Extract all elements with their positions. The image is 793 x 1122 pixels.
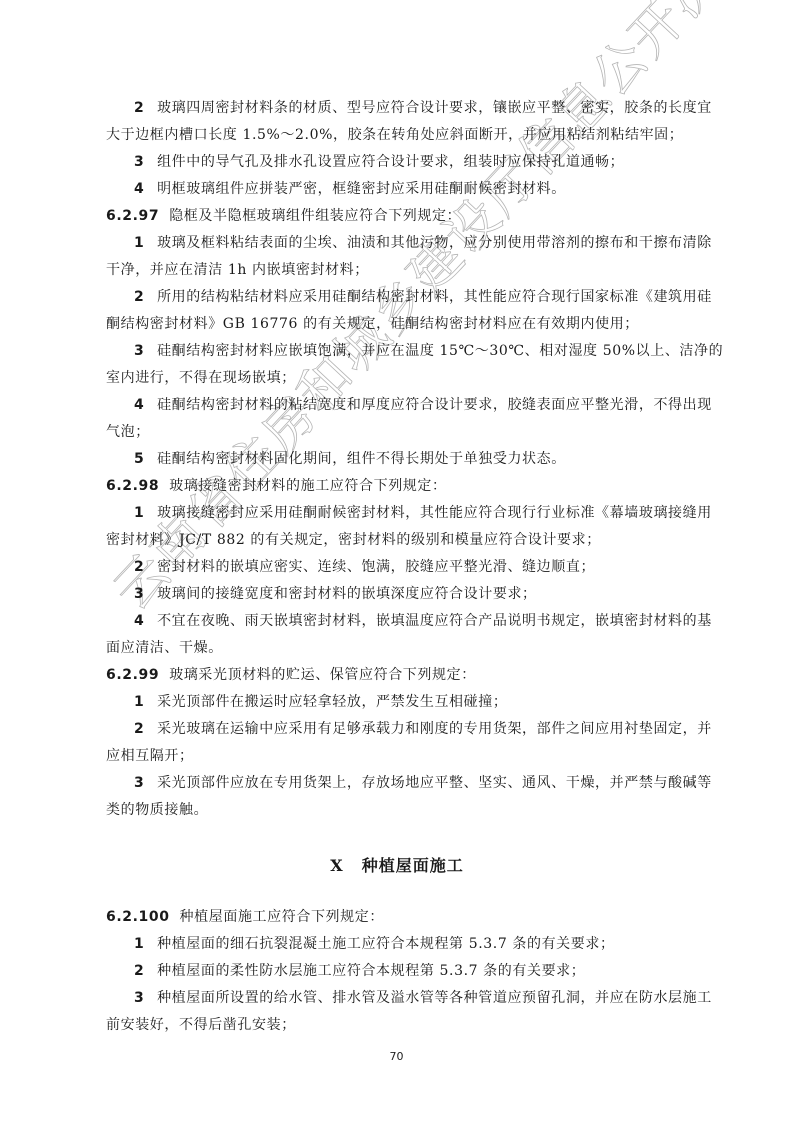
list-item: 2 所用的结构粘结材料应采用硅酮结构密封材料，其性能应符合现行国家标准《建筑用硅 <box>106 284 688 311</box>
clause-number: 6.2.98 <box>106 478 159 494</box>
list-item: 1 采光顶部件在搬运时应轻拿轻放，严禁发生互相碰撞； <box>106 689 688 716</box>
item-text: 所用的结构粘结材料应采用硅酮结构密封材料，其性能应符合现行国家标准《建筑用硅 <box>157 289 712 305</box>
clause-heading: 6.2.98玻璃接缝密封材料的施工应符合下列规定： <box>106 473 688 500</box>
list-item: 2 密封材料的嵌填应密实、连续、饱满，胶缝应平整光滑、缝边顺直； <box>106 554 688 581</box>
item-text: 玻璃四周密封材料条的材质、型号应符合设计要求，镶嵌应平整、密实，胶条的长度宜 <box>157 100 712 116</box>
clause-text: 玻璃采光顶材料的贮运、保管应符合下列规定： <box>169 667 476 683</box>
item-number: 4 <box>134 608 152 635</box>
item-number: 2 <box>134 284 152 311</box>
item-number: 1 <box>134 689 152 716</box>
item-continuation: 大于边框内槽口长度 1.5%～2.0%，胶条在转角处应斜面断开，并应用粘结剂粘结… <box>106 122 688 149</box>
item-text: 种植屋面所设置的给水管、排水管及溢水管等各种管道应预留孔洞，并应在防水层施工 <box>157 990 712 1006</box>
item-continuation: 气泡； <box>106 419 688 446</box>
item-text: 硅酮结构密封材料固化期间，组件不得长期处于单独受力状态。 <box>157 451 566 467</box>
list-item: 3 组件中的导气孔及排水孔设置应符合设计要求，组装时应保持孔道通畅； <box>106 149 688 176</box>
document-body: 2 玻璃四周密封材料条的材质、型号应符合设计要求，镶嵌应平整、密实，胶条的长度宜… <box>106 95 688 1039</box>
item-number: 2 <box>134 716 152 743</box>
list-item: 5 硅酮结构密封材料固化期间，组件不得长期处于单独受力状态。 <box>106 446 688 473</box>
list-item: 3 种植屋面所设置的给水管、排水管及溢水管等各种管道应预留孔洞，并应在防水层施工 <box>106 985 688 1012</box>
item-number: 2 <box>134 95 152 122</box>
clause-heading: 6.2.99玻璃采光顶材料的贮运、保管应符合下列规定： <box>106 662 688 689</box>
list-item: 2 玻璃四周密封材料条的材质、型号应符合设计要求，镶嵌应平整、密实，胶条的长度宜 <box>106 95 688 122</box>
item-number: 3 <box>134 770 152 797</box>
item-text: 玻璃间的接缝宽度和密封材料的嵌填深度应符合设计要求； <box>157 586 537 602</box>
section-text: 种植屋面施工 <box>362 856 464 875</box>
item-text: 种植屋面的细石抗裂混凝土施工应符合本规程第 5.3.7 条的有关要求； <box>157 936 615 952</box>
list-item: 4 不宜在夜晚、雨天嵌填密封材料，嵌填温度应符合产品说明书规定，嵌填密封材料的基 <box>106 608 688 635</box>
item-number: 1 <box>134 230 152 257</box>
item-continuation: 前安装好，不得后凿孔安装； <box>106 1012 688 1039</box>
clause-number: 6.2.99 <box>106 667 159 683</box>
section-title: X种植屋面施工 <box>106 836 688 896</box>
item-number: 3 <box>134 581 152 608</box>
item-number: 3 <box>134 985 152 1012</box>
item-text: 硅酮结构密封材料的粘结宽度和厚度应符合设计要求，胶缝表面应平整光滑，不得出现 <box>157 397 712 413</box>
item-continuation: 室内进行，不得在现场嵌填； <box>106 365 688 392</box>
item-text: 玻璃接缝密封应采用硅酮耐候密封材料，其性能应符合现行行业标准《幕墙玻璃接缝用 <box>157 505 712 521</box>
item-continuation: 面应清洁、干燥。 <box>106 635 688 662</box>
list-item: 4 硅酮结构密封材料的粘结宽度和厚度应符合设计要求，胶缝表面应平整光滑，不得出现 <box>106 392 688 419</box>
list-item: 2 采光玻璃在运输中应采用有足够承载力和刚度的专用货架，部件之间应用衬垫固定，并 <box>106 716 688 743</box>
list-item: 4 明框玻璃组件应拼装严密，框缝密封应采用硅酮耐候密封材料。 <box>106 176 688 203</box>
list-item: 1 玻璃接缝密封应采用硅酮耐候密封材料，其性能应符合现行行业标准《幕墙玻璃接缝用 <box>106 500 688 527</box>
item-text: 明框玻璃组件应拼装严密，框缝密封应采用硅酮耐候密封材料。 <box>157 181 566 197</box>
clause-text: 种植屋面施工应符合下列规定： <box>180 909 384 925</box>
item-number: 2 <box>134 958 152 985</box>
list-item: 1 种植屋面的细石抗裂混凝土施工应符合本规程第 5.3.7 条的有关要求； <box>106 931 688 958</box>
list-item: 2 种植屋面的柔性防水层施工应符合本规程第 5.3.7 条的有关要求； <box>106 958 688 985</box>
item-continuation: 酮结构密封材料》GB 16776 的有关规定，硅酮结构密封材料应在有效期内使用； <box>106 311 688 338</box>
clause-text: 隐框及半隐框玻璃组件组装应符合下列规定： <box>169 208 461 224</box>
clause-heading: 6.2.100种植屋面施工应符合下列规定： <box>106 904 688 931</box>
item-number: 4 <box>134 392 152 419</box>
list-item: 3 采光顶部件应放在专用货架上，存放场地应平整、坚实、通风、干燥，并严禁与酸碱等 <box>106 770 688 797</box>
item-text: 硅酮结构密封材料应嵌填饱满，并应在温度 15℃～30℃、相对湿度 50%以上、洁… <box>157 343 723 359</box>
clause-heading: 6.2.97隐框及半隐框玻璃组件组装应符合下列规定： <box>106 203 688 230</box>
list-item: 3 硅酮结构密封材料应嵌填饱满，并应在温度 15℃～30℃、相对湿度 50%以上… <box>106 338 688 365</box>
item-text: 采光玻璃在运输中应采用有足够承载力和刚度的专用货架，部件之间应用衬垫固定，并 <box>157 721 712 737</box>
item-number: 4 <box>134 176 152 203</box>
item-text: 采光顶部件在搬运时应轻拿轻放，严禁发生互相碰撞； <box>157 694 507 710</box>
item-continuation: 密封材料》JC/T 882 的有关规定，密封材料的级别和模量应符合设计要求； <box>106 527 688 554</box>
page-number: 70 <box>0 1050 793 1063</box>
item-text: 密封材料的嵌填应密实、连续、饱满，胶缝应平整光滑、缝边顺直； <box>157 559 595 575</box>
item-number: 1 <box>134 931 152 958</box>
item-text: 玻璃及框料粘结表面的尘埃、油渍和其他污物，应分别使用带溶剂的擦布和干擦布清除 <box>157 235 712 251</box>
item-continuation: 干净，并应在清洁 1h 内嵌填密封材料； <box>106 257 688 284</box>
clause-number: 6.2.97 <box>106 208 159 224</box>
item-text: 组件中的导气孔及排水孔设置应符合设计要求，组装时应保持孔道通畅； <box>157 154 624 170</box>
item-text: 种植屋面的柔性防水层施工应符合本规程第 5.3.7 条的有关要求； <box>157 963 585 979</box>
item-number: 1 <box>134 500 152 527</box>
item-continuation: 类的物质接触。 <box>106 797 688 824</box>
item-number: 3 <box>134 149 152 176</box>
item-text: 不宜在夜晚、雨天嵌填密封材料，嵌填温度应符合产品说明书规定，嵌填密封材料的基 <box>157 613 712 629</box>
list-item: 1 玻璃及框料粘结表面的尘埃、油渍和其他污物，应分别使用带溶剂的擦布和干擦布清除 <box>106 230 688 257</box>
clause-text: 玻璃接缝密封材料的施工应符合下列规定： <box>169 478 446 494</box>
list-item: 3 玻璃间的接缝宽度和密封材料的嵌填深度应符合设计要求； <box>106 581 688 608</box>
item-number: 2 <box>134 554 152 581</box>
item-text: 采光顶部件应放在专用货架上，存放场地应平整、坚实、通风、干燥，并严禁与酸碱等 <box>157 775 712 791</box>
item-number: 3 <box>134 338 152 365</box>
item-number: 5 <box>134 446 152 473</box>
section-number: X <box>330 856 343 875</box>
clause-number: 6.2.100 <box>106 909 170 925</box>
item-continuation: 应相互隔开； <box>106 743 688 770</box>
